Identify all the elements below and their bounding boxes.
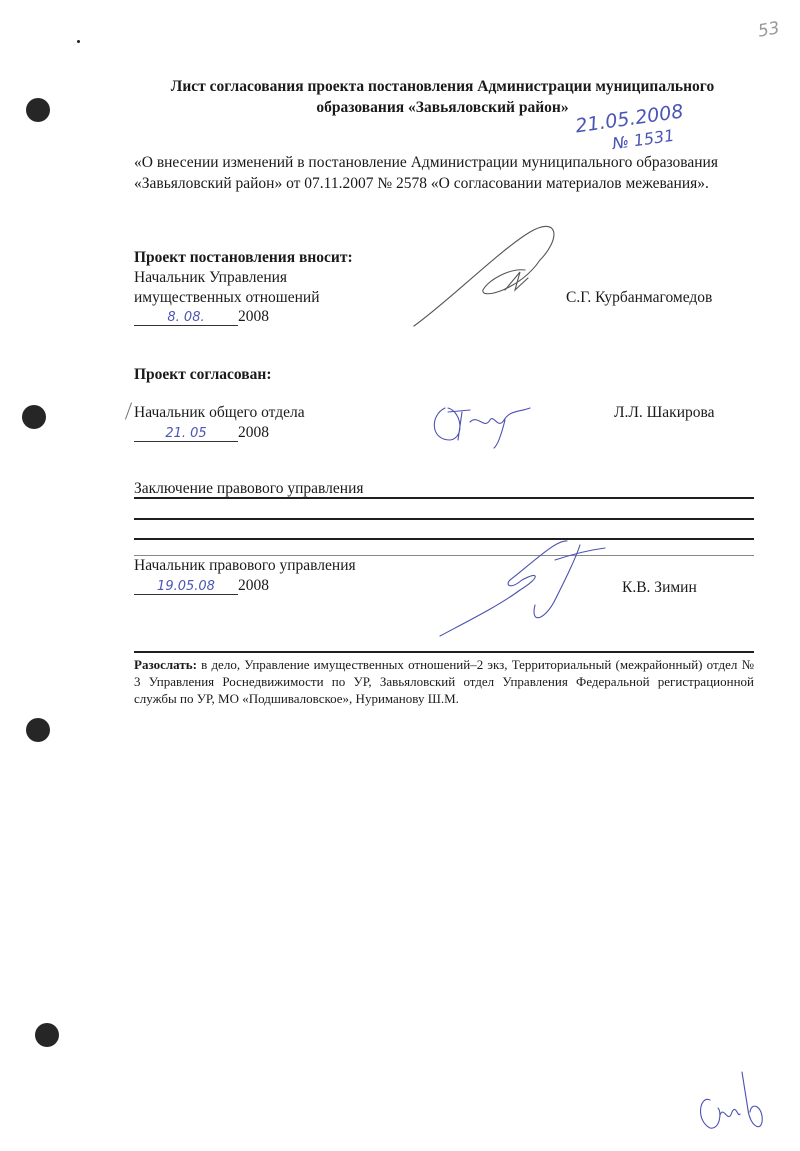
signature-initials-bottom — [0, 0, 800, 1151]
